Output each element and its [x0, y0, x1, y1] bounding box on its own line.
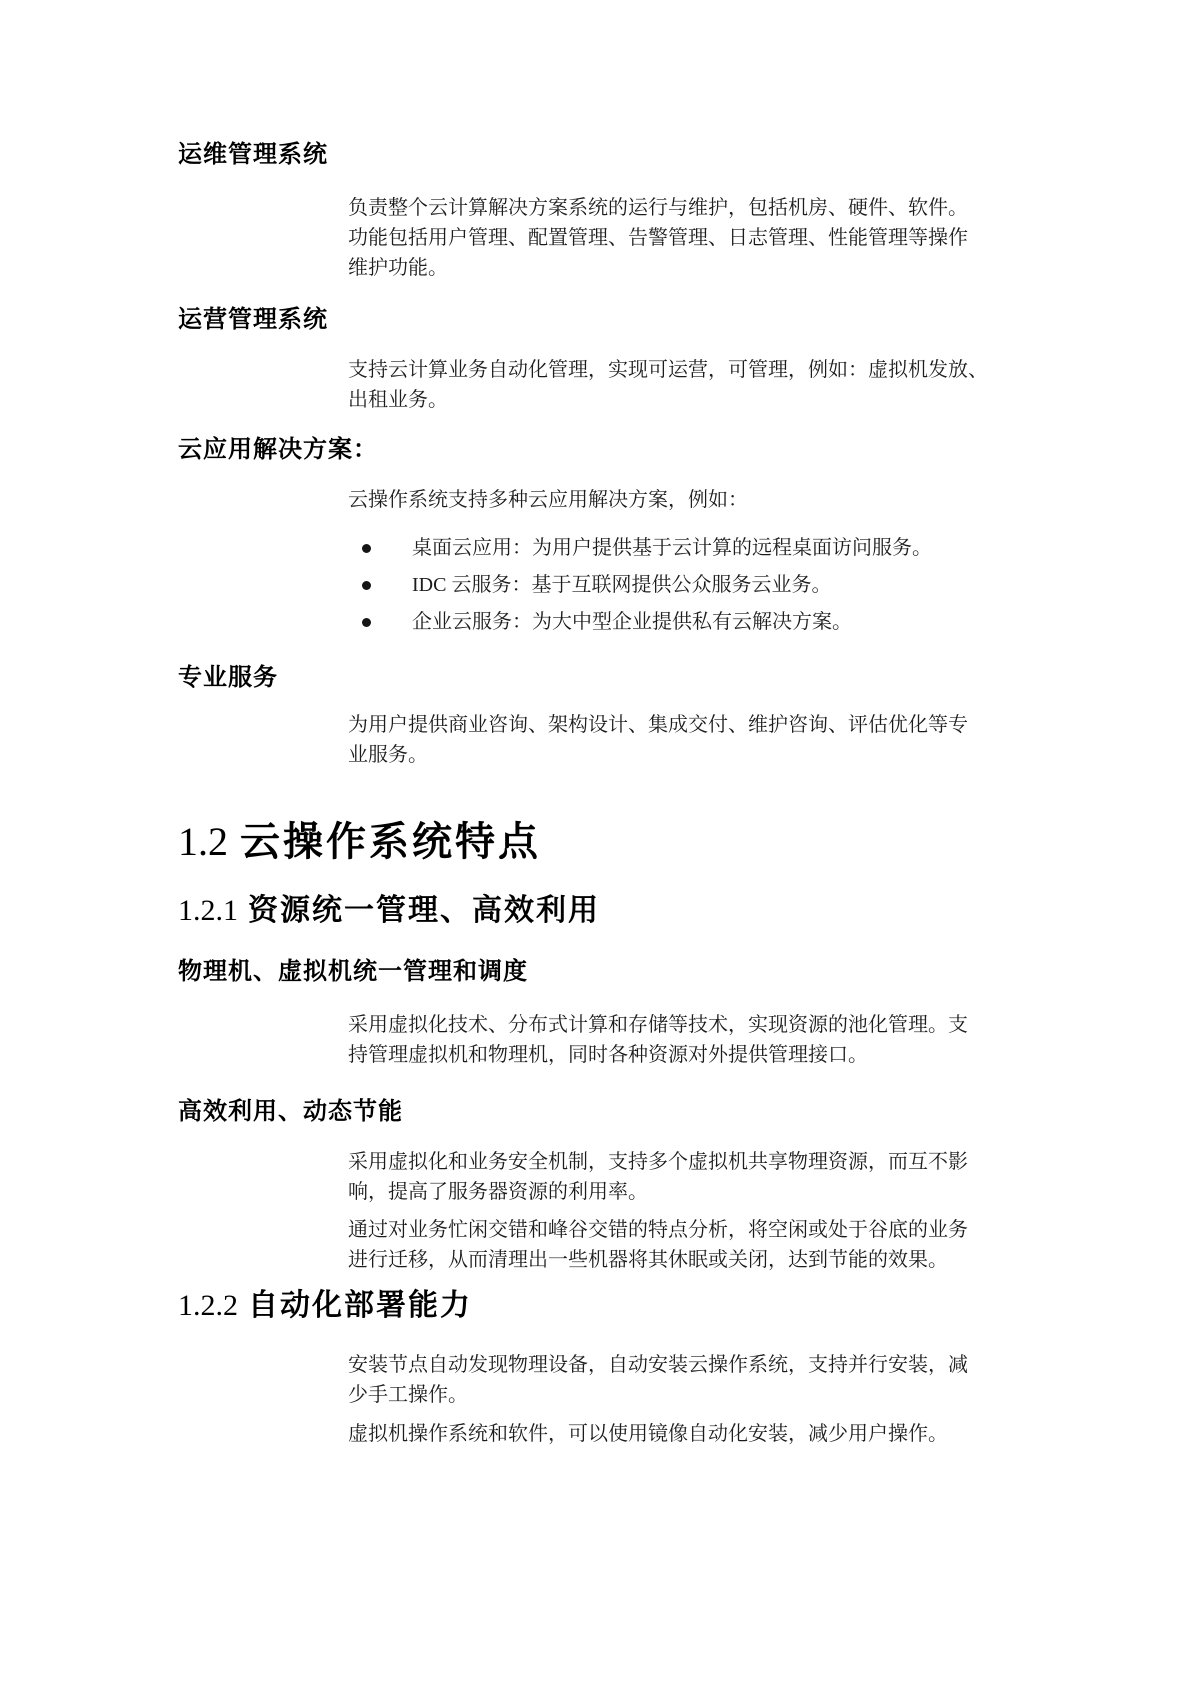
subchapter-heading-resource: 1.2.1资源统一管理、高效利用: [178, 892, 600, 930]
paragraph-line: 响，提高了服务器资源的利用率。: [348, 1177, 968, 1207]
section-heading-unified-management: 物理机、虚拟机统一管理和调度: [178, 957, 528, 987]
section-heading-cloud-app: 云应用解决方案：: [178, 435, 378, 465]
paragraph-line: 进行迁移，从而清理出一些机器将其休眠或关闭，达到节能的效果。: [348, 1245, 968, 1275]
subchapter-title: 自动化部署能力: [248, 1289, 472, 1322]
bullet-item-text: 桌面云应用：为用户提供基于云计算的远程桌面访问服务。: [412, 533, 932, 563]
paragraph-line: 少手工操作。: [348, 1380, 968, 1410]
section-heading-maintenance: 运维管理系统: [178, 140, 328, 170]
chapter-heading-features: 1.2云操作系统特点: [178, 818, 541, 866]
paragraph-line: 安装节点自动发现物理设备，自动安装云操作系统，支持并行安装，减: [348, 1350, 968, 1380]
section-heading-operation: 运营管理系统: [178, 305, 328, 335]
bullet-item: 企业云服务：为大中型企业提供私有云解决方案。: [362, 607, 982, 637]
subchapter-number: 1.2.1: [178, 894, 238, 927]
paragraph-line: 支持云计算业务自动化管理，实现可运营，可管理，例如：虚拟机发放、: [348, 355, 988, 385]
bullet-item: 桌面云应用：为用户提供基于云计算的远程桌面访问服务。: [362, 533, 982, 563]
subchapter-title: 资源统一管理、高效利用: [248, 894, 600, 927]
section-heading-professional: 专业服务: [178, 663, 278, 693]
document-page: 运维管理系统 负责整个云计算解决方案系统的运行与维护，包括机房、硬件、软件。 功…: [0, 0, 1190, 1682]
paragraph-line: 采用虚拟化技术、分布式计算和存储等技术，实现资源的池化管理。支: [348, 1010, 968, 1040]
paragraph-maintenance: 负责整个云计算解决方案系统的运行与维护，包括机房、硬件、软件。 功能包括用户管理…: [348, 193, 968, 283]
paragraph-deploy-2: 虚拟机操作系统和软件，可以使用镜像自动化安装，减少用户操作。: [348, 1419, 948, 1449]
paragraph-deploy-1: 安装节点自动发现物理设备，自动安装云操作系统，支持并行安装，减 少手工操作。: [348, 1350, 968, 1410]
subchapter-heading-deploy: 1.2.2自动化部署能力: [178, 1287, 472, 1325]
paragraph-professional: 为用户提供商业咨询、架构设计、集成交付、维护咨询、评估优化等专 业服务。: [348, 710, 968, 770]
paragraph-line: 功能包括用户管理、配置管理、告警管理、日志管理、性能管理等操作: [348, 223, 968, 253]
subchapter-number: 1.2.2: [178, 1289, 238, 1322]
bullet-icon: [362, 544, 371, 553]
paragraph-line: 业服务。: [348, 740, 968, 770]
bullet-icon: [362, 581, 371, 590]
chapter-title: 云操作系统特点: [240, 820, 541, 864]
paragraph-line: 负责整个云计算解决方案系统的运行与维护，包括机房、硬件、软件。: [348, 193, 968, 223]
paragraph-line: 出租业务。: [348, 385, 988, 415]
bullet-icon: [362, 618, 371, 627]
chapter-number: 1.2: [178, 819, 228, 864]
section-heading-efficient: 高效利用、动态节能: [178, 1097, 403, 1127]
bullet-item-text: IDC 云服务：基于互联网提供公众服务云业务。: [412, 570, 831, 600]
paragraph-line: 云操作系统支持多种云应用解决方案，例如：: [348, 485, 748, 515]
bullet-item-text: 企业云服务：为大中型企业提供私有云解决方案。: [412, 607, 852, 637]
paragraph-line: 维护功能。: [348, 253, 968, 283]
paragraph-unified-management: 采用虚拟化技术、分布式计算和存储等技术，实现资源的池化管理。支 持管理虚拟机和物…: [348, 1010, 968, 1070]
paragraph-line: 通过对业务忙闲交错和峰谷交错的特点分析，将空闲或处于谷底的业务: [348, 1215, 968, 1245]
paragraph-line: 为用户提供商业咨询、架构设计、集成交付、维护咨询、评估优化等专: [348, 710, 968, 740]
paragraph-cloud-app-intro: 云操作系统支持多种云应用解决方案，例如：: [348, 485, 748, 515]
bullet-item: IDC 云服务：基于互联网提供公众服务云业务。: [362, 570, 982, 600]
paragraph-line: 虚拟机操作系统和软件，可以使用镜像自动化安装，减少用户操作。: [348, 1419, 948, 1449]
paragraph-line: 持管理虚拟机和物理机，同时各种资源对外提供管理接口。: [348, 1040, 968, 1070]
paragraph-line: 采用虚拟化和业务安全机制，支持多个虚拟机共享物理资源，而互不影: [348, 1147, 968, 1177]
paragraph-efficient-2: 通过对业务忙闲交错和峰谷交错的特点分析，将空闲或处于谷底的业务 进行迁移，从而清…: [348, 1215, 968, 1275]
paragraph-operation: 支持云计算业务自动化管理，实现可运营，可管理，例如：虚拟机发放、 出租业务。: [348, 355, 988, 415]
paragraph-efficient-1: 采用虚拟化和业务安全机制，支持多个虚拟机共享物理资源，而互不影 响，提高了服务器…: [348, 1147, 968, 1207]
